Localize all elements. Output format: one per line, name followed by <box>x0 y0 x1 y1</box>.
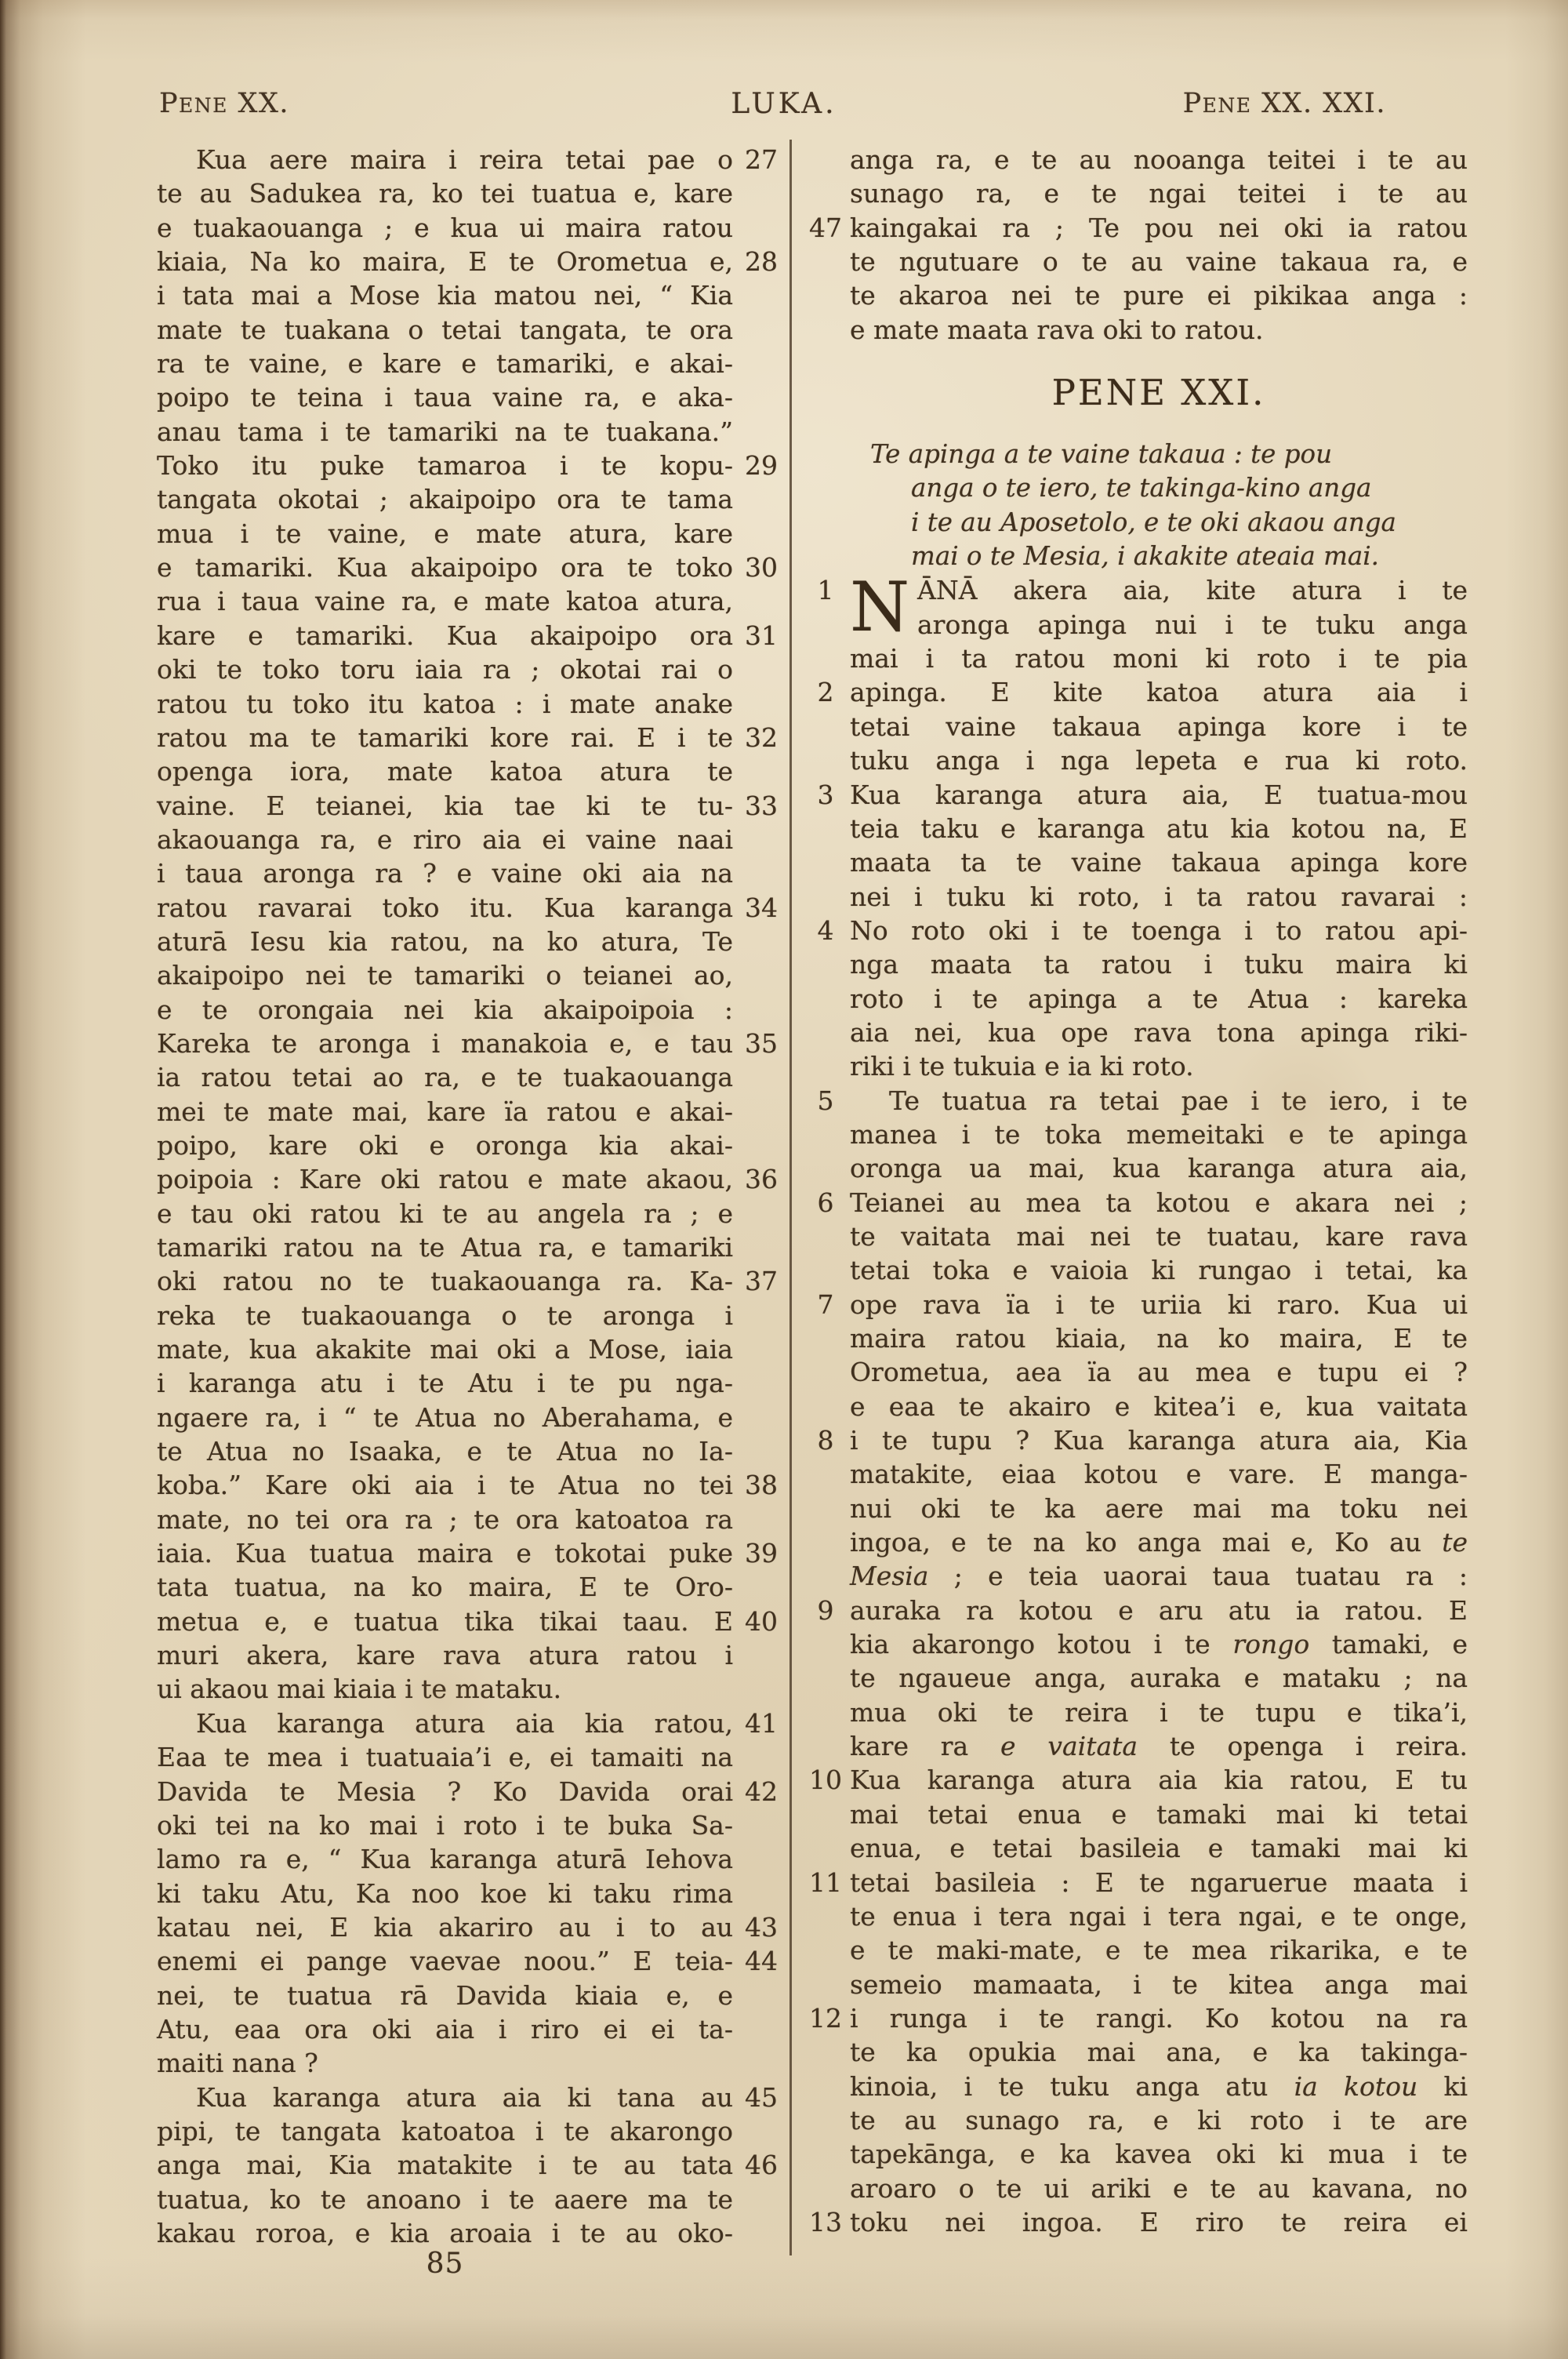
line-text: mua oki te reira i te tupu e tika’i, <box>850 1696 1468 1729</box>
verse-number: 29 <box>733 449 784 482</box>
text-line: poipoia : Kare oki ratou e mate akaou,36 <box>157 1162 784 1196</box>
line-text: oki ratou no te tuakaouanga ra. Ka- <box>157 1264 733 1298</box>
text-line: mate, no tei ora ra ; te ora katoatoa ra <box>157 1503 784 1536</box>
line-text: Kua karanga atura aia, E tuatua-mou <box>850 778 1468 812</box>
text-line: manea i te toka memeitaki e te apinga <box>801 1118 1469 1151</box>
verse-number: 32 <box>733 721 784 754</box>
book-page-scan: Pene XX. LUKA. Pene XX. XXI. Kua aere ma… <box>0 0 1568 2359</box>
text-line: aronga apinga nui i te tuku anga <box>801 608 1469 642</box>
verse-number: 1 <box>801 573 850 607</box>
text-line: Toko itu puke tamaroa i te kopu-29 <box>157 449 784 482</box>
text-line: roto i te apinga a te Atua : kareka <box>801 982 1469 1016</box>
text-line: kakau roroa, e kia aroaia i te au oko- <box>157 2216 784 2250</box>
text-line: 12i runga i te rangi. Ko kotou na ra <box>801 2001 1469 2035</box>
line-text: e tamariki. Kua akaipoipo ora te toko <box>157 551 733 584</box>
text-line: akaipoipo nei te tamariki o teianei ao, <box>157 958 784 992</box>
text-line: 47kaingakai ra ; Te pou nei oki ia ratou <box>801 211 1469 245</box>
text-line: enua, e tetai basileia e tamaki mai ki <box>801 1831 1469 1865</box>
verse-number: 42 <box>733 1775 784 1808</box>
line-text: ĀNĀ akera aia, kite atura i te <box>850 573 1468 607</box>
text-line: oronga ua mai, kua karanga atura aia, <box>801 1151 1469 1185</box>
verse-number: 39 <box>733 1536 784 1570</box>
line-text: e te orongaia nei kia akaipoipoia : <box>157 993 733 1027</box>
line-text: reka te tuakaouanga o te aronga i <box>157 1299 733 1332</box>
text-line: te au sunago ra, e ki roto i te are <box>801 2103 1469 2137</box>
text-line: kare ra e vaitata te openga i reira. <box>801 1729 1469 1763</box>
line-text: tetai toka e vaioia ki rungao i tetai, k… <box>850 1253 1468 1287</box>
text-line: Eaa te mea i tuatuaia’i e, ei tamaiti na <box>157 1740 784 1774</box>
text-line: tapekānga, e ka kavea oki ki mua i te <box>801 2137 1469 2171</box>
verse-number: 11 <box>801 1866 850 1899</box>
text-line: kinoia, i te tuku anga atu ia kotou ki <box>801 2070 1469 2103</box>
verse-number: 8 <box>801 1423 850 1457</box>
text-line: enemi ei pange vaevae noou.” E teia-44 <box>157 1944 784 1978</box>
text-line: teia taku e karanga atu kia kotou na, E <box>801 812 1469 845</box>
text-line: ki taku Atu, Ka noo koe ki taku rima <box>157 1877 784 1910</box>
line-text: nui oki te ka aere mai ma toku nei <box>850 1492 1468 1525</box>
text-line: 7ope rava ïa i te uriia ki raro. Kua ui <box>801 1288 1469 1321</box>
text-line: pipi, te tangata katoatoa i te akarongo <box>157 2114 784 2148</box>
text-line: iaia. Kua tuatua maira e tokotai puke39 <box>157 1536 784 1570</box>
text-line: kiaia, Na ko maira, E te Orometua e,28 <box>157 245 784 278</box>
line-text: teia taku e karanga atu kia kotou na, E <box>850 812 1468 845</box>
line-text: apinga. E kite katoa atura aia i <box>850 675 1468 709</box>
text-line: lamo ra e, “ Kua karanga aturā Iehova <box>157 1842 784 1876</box>
line-text: anau tama i te tamariki na te tuakana.” <box>157 415 733 449</box>
text-line: te au Sadukea ra, ko tei tuatua e, kare <box>157 176 784 210</box>
verse-number: 46 <box>733 2148 784 2182</box>
line-text: ope rava ïa i te uriia ki raro. Kua ui <box>850 1288 1468 1321</box>
line-text: tetai basileia : E te ngaruerue maata i <box>850 1866 1468 1899</box>
page-number: 85 <box>157 2248 733 2280</box>
text-line: te vaitata mai nei te tuatau, kare rava <box>801 1219 1469 1253</box>
line-text: aia nei, kua ope rava tona apinga riki- <box>850 1016 1468 1049</box>
line-text: katau nei, E kia akariro au i to au <box>157 1910 733 1944</box>
text-line: tata tuatua, na ko maira, E te Oro- <box>157 1570 784 1604</box>
text-line: nga maata ta ratou i tuku maira ki <box>801 947 1469 981</box>
line-text: nei, te tuatua rā Davida kiaia e, e <box>157 1979 733 2012</box>
text-line: katau nei, E kia akariro au i to au43 <box>157 1910 784 1944</box>
line-text: i te tupu ? Kua karanga atura aia, Kia <box>850 1423 1468 1457</box>
text-line: ia ratou tetai ao ra, e te tuakaouanga <box>157 1060 784 1094</box>
text-line: 10Kua karanga atura aia kia ratou, E tu <box>801 1763 1469 1797</box>
text-line: i tata mai a Mose kia matou nei, “ Kia <box>157 278 784 312</box>
line-text: maata ta te vaine takaua apinga kore <box>850 845 1468 879</box>
right-column: anga ra, e te au nooanga teitei i te aus… <box>801 143 1469 2239</box>
text-line: ratou tu toko itu katoa : i mate anake <box>157 687 784 721</box>
line-text: muri akera, kare rava atura ratou i <box>157 1638 733 1672</box>
text-line: Orometua, aea ïa au mea e tupu ei ? <box>801 1355 1469 1389</box>
line-text: tetai vaine takaua apinga kore i te <box>850 710 1468 743</box>
line-text: Toko itu puke tamaroa i te kopu- <box>157 449 733 482</box>
verse-number: 5 <box>801 1084 850 1118</box>
line-text: kiaia, Na ko maira, E te Orometua e, <box>157 245 733 278</box>
line-text: Teianei au mea ta kotou e akara nei ; <box>850 1186 1468 1219</box>
text-line: 2apinga. E kite katoa atura aia i <box>801 675 1469 709</box>
line-text: manea i te toka memeitaki e te apinga <box>850 1118 1468 1151</box>
text-line: i taua aronga ra ? e vaine oki aia na <box>157 856 784 890</box>
verse-number: 45 <box>733 2081 784 2114</box>
line-text: openga iora, mate katoa atura te <box>157 754 733 788</box>
text-line: Davida te Mesia ? Ko Davida orai42 <box>157 1775 784 1808</box>
line-text: rua i taua vaine ra, e mate katoa atura, <box>157 584 733 618</box>
line-text: tapekānga, e ka kavea oki ki mua i te <box>850 2137 1468 2171</box>
verse-number: 35 <box>733 1027 784 1060</box>
line-text: vaine. E teianei, kia tae ki te tu- <box>157 789 733 823</box>
line-text: Kareka te aronga i manakoia e, e tau <box>157 1027 733 1060</box>
text-line: mate te tuakana o tetai tangata, te ora <box>157 313 784 347</box>
text-line: oki tei na ko mai i roto i te buka Sa- <box>157 1808 784 1842</box>
text-line: aroaro o te ui ariki e te au kavana, no <box>801 2172 1469 2205</box>
line-text: oronga ua mai, kua karanga atura aia, <box>850 1151 1468 1185</box>
text-line: e eaa te akairo e kitea’i e, kua vaitata <box>801 1390 1469 1423</box>
line-text: tata tuatua, na ko maira, E te Oro- <box>157 1570 733 1604</box>
verse-number: 6 <box>801 1186 850 1219</box>
text-line: 11tetai basileia : E te ngaruerue maata … <box>801 1866 1469 1899</box>
line-text: te Atua no Isaaka, e te Atua no Ia- <box>157 1434 733 1468</box>
text-line: tuku anga i nga lepeta e rua ki roto. <box>801 743 1469 777</box>
text-line: maiti nana ? <box>157 2046 784 2080</box>
line-text: ngaere ra, i “ te Atua no Aberahama, e <box>157 1401 733 1434</box>
left-column: Kua aere maira i reira tetai pae o27te a… <box>157 143 784 2250</box>
verse-number: 41 <box>733 1707 784 1740</box>
line-text: te ngutuare o te au vaine takaua ra, e <box>850 245 1468 278</box>
line-text: metua e, e tuatua tika tikai taau. E <box>157 1605 733 1638</box>
line-text: te akaroa nei te pure ei pikikaa anga : <box>850 278 1468 312</box>
text-line: tangata okotai ; akaipoipo ora te tama <box>157 482 784 516</box>
line-text: maiti nana ? <box>157 2046 733 2080</box>
line-text: ingoa, e te na ko anga mai e, Ko au te <box>850 1525 1468 1559</box>
line-text: toku nei ingoa. E riro te reira ei <box>850 2205 1468 2239</box>
text-line: tetai vaine takaua apinga kore i te <box>801 710 1469 743</box>
text-line: ra te vaine, e kare e tamariki, e akai- <box>157 347 784 380</box>
line-text: sunago ra, e te ngai teitei i te au <box>850 176 1468 210</box>
verse-number: 37 <box>733 1264 784 1298</box>
line-text: e te maki-mate, e te mea rikarika, e te <box>850 1933 1468 1967</box>
line-text: kaingakai ra ; Te pou nei oki ia ratou <box>850 211 1468 245</box>
text-line: oki te toko toru iaia ra ; okotai rai o <box>157 652 784 686</box>
text-line: ratou ma te tamariki kore rai. E i te32 <box>157 721 784 754</box>
line-text: auraka ra kotou e aru atu ia ratou. E <box>850 1594 1468 1627</box>
line-text: i karanga atu i te Atu i te pu nga- <box>157 1366 733 1400</box>
text-line: 6Teianei au mea ta kotou e akara nei ; <box>801 1186 1469 1219</box>
text-line: N1ĀNĀ akera aia, kite atura i te <box>801 573 1469 607</box>
text-line: Kua karanga atura aia kia ratou,41 <box>157 1707 784 1740</box>
verse-number: 7 <box>801 1288 850 1321</box>
line-text: ra te vaine, e kare e tamariki, e akai- <box>157 347 733 380</box>
line-text: poipo, kare oki e oronga kia akai- <box>157 1129 733 1162</box>
text-line: e tuakaouanga ; e kua ui maira ratou <box>157 211 784 245</box>
text-line: akaouanga ra, e riro aia ei vaine naai <box>157 823 784 856</box>
line-text: tangata okotai ; akaipoipo ora te tama <box>157 482 733 516</box>
text-line: te ka opukia mai ana, e ka takinga- <box>801 2035 1469 2069</box>
line-text: Atu, eaa ora oki aia i riro ei ei ta- <box>157 2012 733 2046</box>
verse-number: 36 <box>733 1162 784 1196</box>
text-line: ngaere ra, i “ te Atua no Aberahama, e <box>157 1401 784 1434</box>
line-text: Eaa te mea i tuatuaia’i e, ei tamaiti na <box>157 1740 733 1774</box>
text-line: riki i te tukuia e ia ki roto. <box>801 1049 1469 1083</box>
text-line: 5Te tuatua ra tetai pae i te iero, i te <box>801 1084 1469 1118</box>
text-line: te akaroa nei te pure ei pikikaa anga : <box>801 278 1469 312</box>
line-text: Davida te Mesia ? Ko Davida orai <box>157 1775 733 1808</box>
text-line: anau tama i te tamariki na te tuakana.” <box>157 415 784 449</box>
verse-number: 47 <box>801 211 850 245</box>
line-text: akaipoipo nei te tamariki o teianei ao, <box>157 958 733 992</box>
text-line: semeio mamaata, i te kitea anga mai <box>801 1968 1469 2001</box>
line-text: kia akarongo kotou i te rongo tamaki, e <box>850 1627 1468 1661</box>
text-line: te ngutuare o te au vaine takaua ra, e <box>801 245 1469 278</box>
line-text: ratou ravarai toko itu. Kua karanga <box>157 891 733 925</box>
text-line: Kua karanga atura aia ki tana au45 <box>157 2081 784 2114</box>
line-text: koba.” Kare oki aia i te Atua no tei <box>157 1468 733 1502</box>
verse-number: 34 <box>733 891 784 925</box>
line-text: tamariki ratou na te Atua ra, e tamariki <box>157 1230 733 1264</box>
line-text: oki te toko toru iaia ra ; okotai rai o <box>157 652 733 686</box>
text-line: 13toku nei ingoa. E riro te reira ei <box>801 2205 1469 2239</box>
verse-number: 9 <box>801 1594 850 1627</box>
text-line: Mesia ; e teia uaorai taua tuatau ra : <box>801 1559 1469 1593</box>
line-text: enemi ei pange vaevae noou.” E teia- <box>157 1944 733 1978</box>
line-text: Orometua, aea ïa au mea e tupu ei ? <box>850 1355 1468 1389</box>
text-line: nei i tuku ki roto, i ta ratou ravarai : <box>801 880 1469 914</box>
line-text: oki tei na ko mai i roto i te buka Sa- <box>157 1808 733 1842</box>
line-text: mate, no tei ora ra ; te ora katoatoa ra <box>157 1503 733 1536</box>
line-text: ratou ma te tamariki kore rai. E i te <box>157 721 733 754</box>
line-text: mai tetai enua e tamaki mai ki tetai <box>850 1797 1468 1831</box>
line-text: poipoia : Kare oki ratou e mate akaou, <box>157 1162 733 1196</box>
text-line: kia akarongo kotou i te rongo tamaki, e <box>801 1627 1469 1661</box>
line-text: Kua aere maira i reira tetai pae o <box>157 143 733 176</box>
summary-line: mai o te Mesia, i akakite ateaia mai. <box>870 540 1468 573</box>
line-text: riki i te tukuia e ia ki roto. <box>850 1049 1468 1083</box>
line-text: anga mai, Kia matakite i te au tata <box>157 2148 733 2182</box>
text-line: reka te tuakaouanga o te aronga i <box>157 1299 784 1332</box>
verse-number: 33 <box>733 789 784 823</box>
line-text: iaia. Kua tuatua maira e tokotai puke <box>157 1536 733 1570</box>
line-text: lamo ra e, “ Kua karanga aturā Iehova <box>157 1842 733 1876</box>
text-line: ingoa, e te na ko anga mai e, Ko au te <box>801 1525 1469 1559</box>
line-text: poipo te teina i taua vaine ra, e aka- <box>157 380 733 414</box>
line-text: pipi, te tangata katoatoa i te akarongo <box>157 2114 733 2148</box>
chapter-heading: PENE XXI. <box>850 347 1468 438</box>
line-text: te ngaueue anga, auraka e mataku ; na <box>850 1661 1468 1695</box>
text-line: mai i ta ratou moni ki roto i te pia <box>801 642 1469 675</box>
line-text: enua, e tetai basileia e tamaki mai ki <box>850 1831 1468 1865</box>
verse-number: 12 <box>801 2001 850 2035</box>
summary-line: i te au Aposetolo, e te oki akaou anga <box>870 506 1468 540</box>
line-text: Kua karanga atura aia ki tana au <box>157 2081 733 2114</box>
verse-number: 40 <box>733 1605 784 1638</box>
line-text: ratou tu toko itu katoa : i mate anake <box>157 687 733 721</box>
line-text: akaouanga ra, e riro aia ei vaine naai <box>157 823 733 856</box>
summary-line: Te apinga a te vaine takaua : te pou <box>870 438 1468 471</box>
text-line: poipo te teina i taua vaine ra, e aka- <box>157 380 784 414</box>
line-text: i runga i te rangi. Ko kotou na ra <box>850 2001 1468 2035</box>
verse-number: 3 <box>801 778 850 812</box>
line-text: nga maata ta ratou i tuku maira ki <box>850 947 1468 981</box>
line-text: aronga apinga nui i te tuku anga <box>850 608 1468 642</box>
line-text: aroaro o te ui ariki e te au kavana, no <box>850 2172 1468 2205</box>
text-line: Kua aere maira i reira tetai pae o27 <box>157 143 784 176</box>
verse-number: 28 <box>733 245 784 278</box>
text-line: mua oki te reira i te tupu e tika’i, <box>801 1696 1469 1729</box>
line-text: Te tuatua ra tetai pae i te iero, i te <box>850 1084 1468 1118</box>
text-line: anga mai, Kia matakite i te au tata46 <box>157 2148 784 2182</box>
line-text: roto i te apinga a te Atua : kareka <box>850 982 1468 1016</box>
text-line: maira ratou kiaia, na ko maira, E te <box>801 1321 1469 1355</box>
text-line: e te maki-mate, e te mea rikarika, e te <box>801 1933 1469 1967</box>
text-line: 3Kua karanga atura aia, E tuatua-mou <box>801 778 1469 812</box>
text-line: maata ta te vaine takaua apinga kore <box>801 845 1469 879</box>
text-line: nui oki te ka aere mai ma toku nei <box>801 1492 1469 1525</box>
line-text: e eaa te akairo e kitea’i e, kua vaitata <box>850 1390 1468 1423</box>
text-line: anga ra, e te au nooanga teitei i te au <box>801 143 1469 176</box>
line-text: mate te tuakana o tetai tangata, te ora <box>157 313 733 347</box>
verse-number: 10 <box>801 1763 850 1797</box>
text-line: tamariki ratou na te Atua ra, e tamariki <box>157 1230 784 1264</box>
text-line: vaine. E teianei, kia tae ki te tu-33 <box>157 789 784 823</box>
text-line: aia nei, kua ope rava tona apinga riki- <box>801 1016 1469 1049</box>
text-line: e tau oki ratou ki te au angela ra ; e <box>157 1197 784 1230</box>
line-text: kakau roroa, e kia aroaia i te au oko- <box>157 2216 733 2250</box>
text-line: rua i taua vaine ra, e mate katoa atura, <box>157 584 784 618</box>
verse-number: 13 <box>801 2205 850 2239</box>
line-text: i tata mai a Mose kia matou nei, “ Kia <box>157 278 733 312</box>
text-line: Atu, eaa ora oki aia i riro ei ei ta- <box>157 2012 784 2046</box>
line-text: nei i tuku ki roto, i ta ratou ravarai : <box>850 880 1468 914</box>
text-line: 9auraka ra kotou e aru atu ia ratou. E <box>801 1594 1469 1627</box>
line-text: kare e tamariki. Kua akaipoipo ora <box>157 619 733 652</box>
line-text: te vaitata mai nei te tuatau, kare rava <box>850 1219 1468 1253</box>
text-line: Kareka te aronga i manakoia e, e tau35 <box>157 1027 784 1060</box>
line-text: anga ra, e te au nooanga teitei i te au <box>850 143 1468 176</box>
text-line: te Atua no Isaaka, e te Atua no Ia- <box>157 1434 784 1468</box>
line-text: te au sunago ra, e ki roto i te are <box>850 2103 1468 2137</box>
text-line: te ngaueue anga, auraka e mataku ; na <box>801 1661 1469 1695</box>
chapter-summary: Te apinga a te vaine takaua : te pouanga… <box>850 438 1468 573</box>
line-text: maira ratou kiaia, na ko maira, E te <box>850 1321 1468 1355</box>
text-line: mate, kua akakite mai oki a Mose, iaia <box>157 1332 784 1366</box>
line-text: i taua aronga ra ? e vaine oki aia na <box>157 856 733 890</box>
line-text: te enua i tera ngai i tera ngai, e te on… <box>850 1899 1468 1933</box>
text-line: oki ratou no te tuakaouanga ra. Ka-37 <box>157 1264 784 1298</box>
text-line: ratou ravarai toko itu. Kua karanga34 <box>157 891 784 925</box>
line-text: e tuakaouanga ; e kua ui maira ratou <box>157 211 733 245</box>
running-head-right: Pene XX. XXI. <box>1183 88 1386 119</box>
line-text: mua i te vaine, e mate atura, kare <box>157 517 733 551</box>
text-line: 8i te tupu ? Kua karanga atura aia, Kia <box>801 1423 1469 1457</box>
text-line: mei te mate mai, kare ïa ratou e akai- <box>157 1095 784 1129</box>
text-line: tuatua, ko te anoano i te aaere ma te <box>157 2183 784 2216</box>
line-text: tuatua, ko te anoano i te aaere ma te <box>157 2183 733 2216</box>
text-line: te enua i tera ngai i tera ngai, e te on… <box>801 1899 1469 1933</box>
line-text: te ka opukia mai ana, e ka takinga- <box>850 2035 1468 2069</box>
chapter-21-verses-block: N1ĀNĀ akera aia, kite atura i tearonga a… <box>801 573 1469 2239</box>
line-text: mei te mate mai, kare ïa ratou e akai- <box>157 1095 733 1129</box>
text-line: muri akera, kare rava atura ratou i <box>157 1638 784 1672</box>
line-text: mate, kua akakite mai oki a Mose, iaia <box>157 1332 733 1366</box>
column-divider-rule <box>789 140 792 2255</box>
verse-number: 30 <box>733 551 784 584</box>
text-line: openga iora, mate katoa atura te <box>157 754 784 788</box>
text-line: nei, te tuatua rā Davida kiaia e, e <box>157 1979 784 2012</box>
text-line: matakite, eiaa kotou e vare. E manga- <box>801 1457 1469 1491</box>
text-line: e mate maata rava oki to ratou. <box>801 313 1469 347</box>
chapter-20-end-block: anga ra, e te au nooanga teitei i te aus… <box>801 143 1469 347</box>
verse-number: 2 <box>801 675 850 709</box>
text-line: 4No roto oki i te toenga i to ratou api- <box>801 914 1469 947</box>
verse-number: 44 <box>733 1944 784 1978</box>
line-text: ia ratou tetai ao ra, e te tuakaouanga <box>157 1060 733 1094</box>
line-text: Mesia ; e teia uaorai taua tuatau ra : <box>850 1559 1468 1593</box>
line-text: ui akaou mai kiaia i te mataku. <box>157 1672 733 1706</box>
line-text: tuku anga i nga lepeta e rua ki roto. <box>850 743 1468 777</box>
verse-number: 27 <box>733 143 784 176</box>
text-line: koba.” Kare oki aia i te Atua no tei38 <box>157 1468 784 1502</box>
text-line: e te orongaia nei kia akaipoipoia : <box>157 993 784 1027</box>
text-line: mua i te vaine, e mate atura, kare <box>157 517 784 551</box>
verse-number: 31 <box>733 619 784 652</box>
verse-number: 43 <box>733 1910 784 1944</box>
line-text: kinoia, i te tuku anga atu ia kotou ki <box>850 2070 1468 2103</box>
text-line: aturā Iesu kia ratou, na ko atura, Te <box>157 925 784 958</box>
verse-number: 38 <box>733 1468 784 1502</box>
verse-number: 4 <box>801 914 850 947</box>
text-line: sunago ra, e te ngai teitei i te au <box>801 176 1469 210</box>
text-line: ui akaou mai kiaia i te mataku. <box>157 1672 784 1706</box>
line-text: te au Sadukea ra, ko tei tuatua e, kare <box>157 176 733 210</box>
line-text: aturā Iesu kia ratou, na ko atura, Te <box>157 925 733 958</box>
text-line: kare e tamariki. Kua akaipoipo ora31 <box>157 619 784 652</box>
line-text: matakite, eiaa kotou e vare. E manga- <box>850 1457 1468 1491</box>
line-text: semeio mamaata, i te kitea anga mai <box>850 1968 1468 2001</box>
text-line: mai tetai enua e tamaki mai ki tetai <box>801 1797 1469 1831</box>
summary-line: anga o te iero, te takinga-kino anga <box>870 471 1468 505</box>
text-line: tetai toka e vaioia ki rungao i tetai, k… <box>801 1253 1469 1287</box>
line-text: e mate maata rava oki to ratou. <box>850 313 1468 347</box>
line-text: mai i ta ratou moni ki roto i te pia <box>850 642 1468 675</box>
line-text: e tau oki ratou ki te au angela ra ; e <box>157 1197 733 1230</box>
line-text: ki taku Atu, Ka noo koe ki taku rima <box>157 1877 733 1910</box>
text-line: poipo, kare oki e oronga kia akai- <box>157 1129 784 1162</box>
line-text: kare ra e vaitata te openga i reira. <box>850 1729 1468 1763</box>
line-text: No roto oki i te toenga i to ratou api- <box>850 914 1468 947</box>
text-line: i karanga atu i te Atu i te pu nga- <box>157 1366 784 1400</box>
text-line: e tamariki. Kua akaipoipo ora te toko30 <box>157 551 784 584</box>
text-line: metua e, e tuatua tika tikai taau. E40 <box>157 1605 784 1638</box>
line-text: Kua karanga atura aia kia ratou, E tu <box>850 1763 1468 1797</box>
line-text: Kua karanga atura aia kia ratou, <box>157 1707 733 1740</box>
